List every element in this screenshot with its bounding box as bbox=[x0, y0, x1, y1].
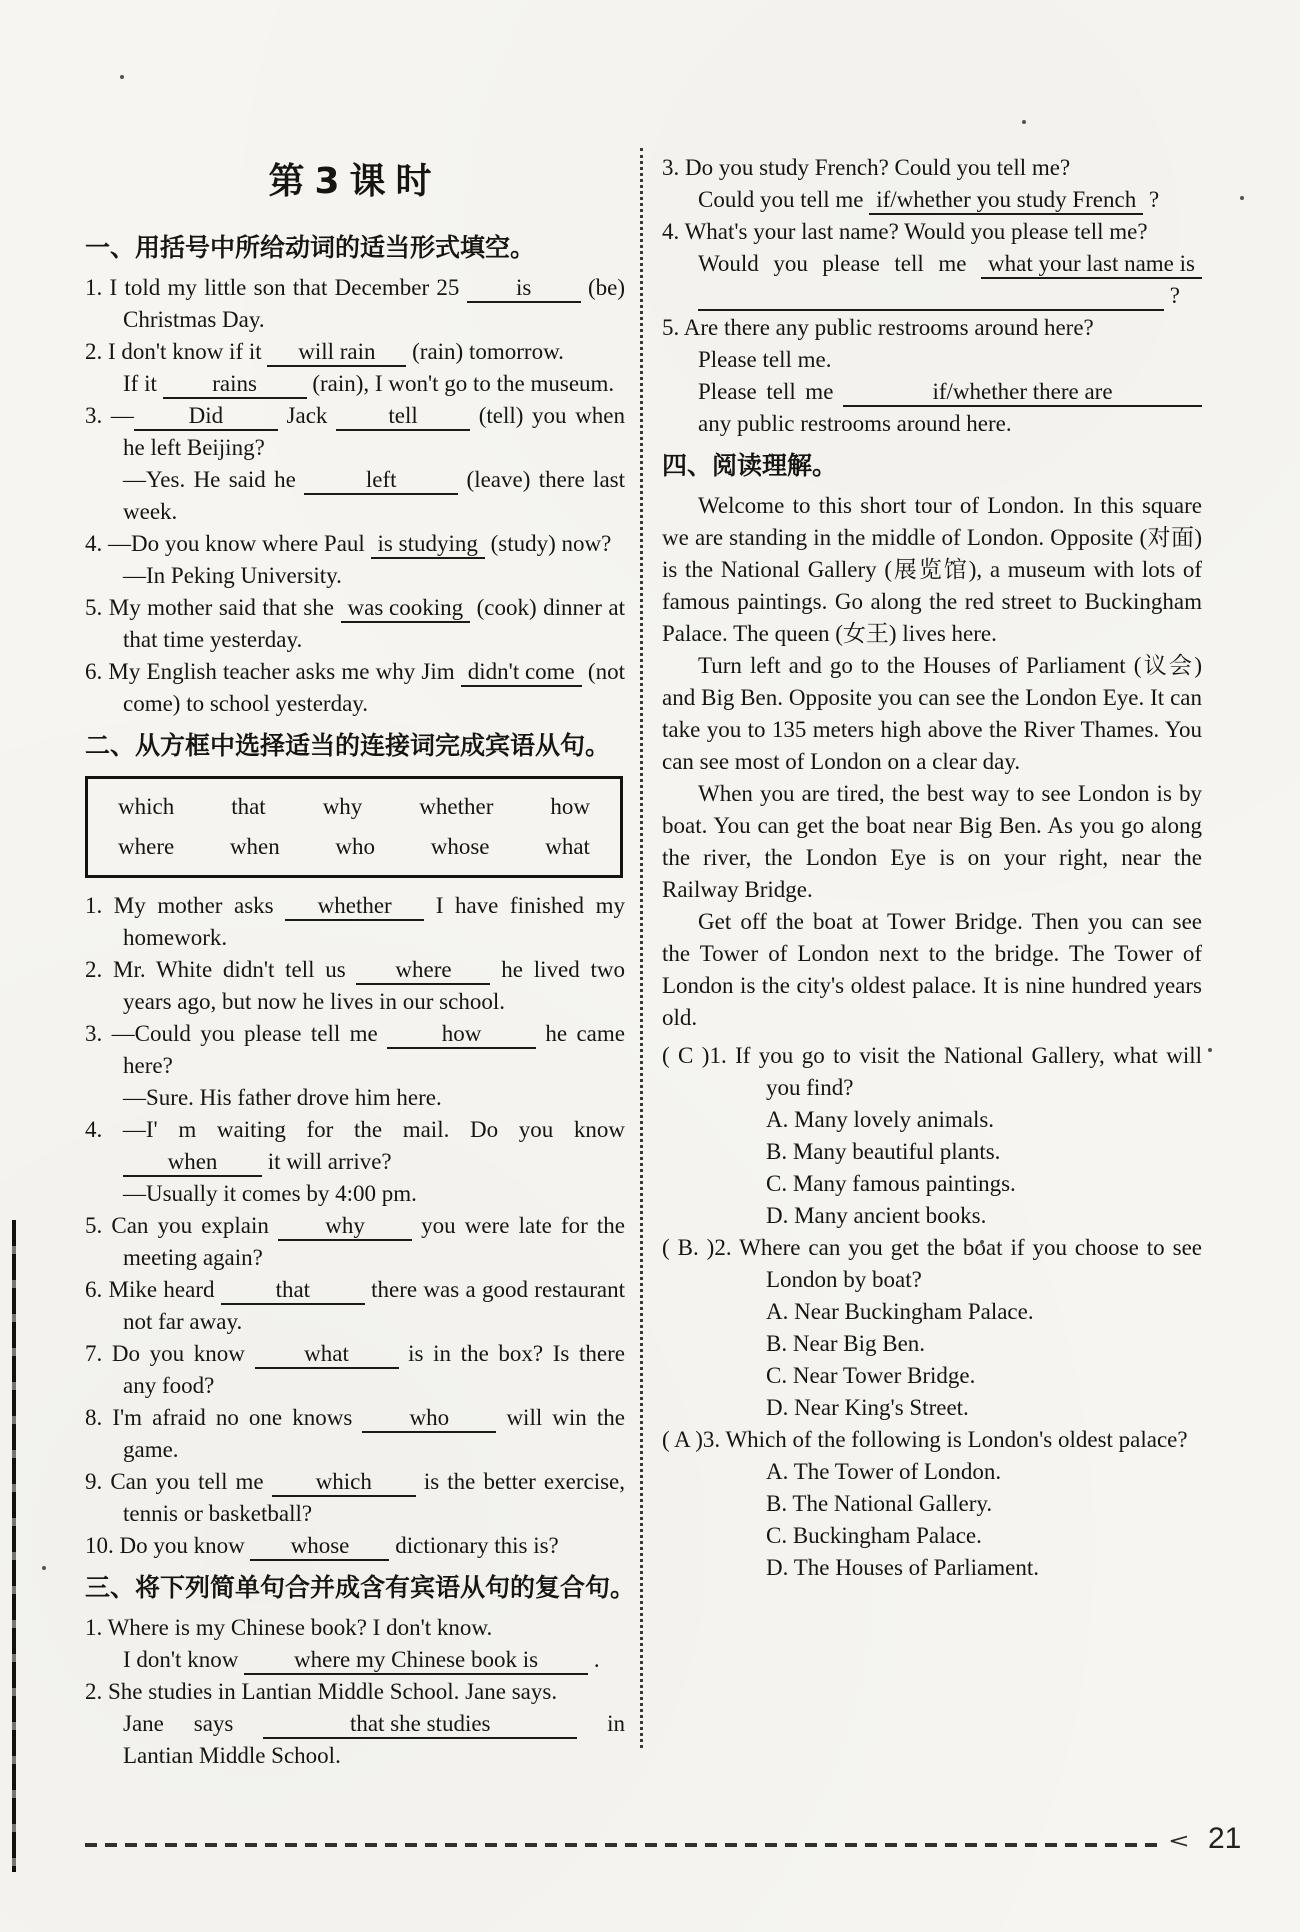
empty-blank-line bbox=[698, 283, 1164, 311]
word-box-word: why bbox=[323, 787, 363, 827]
text-run: 2. Mr. White didn't tell us bbox=[85, 957, 356, 982]
text-run: C. Many famous paintings. bbox=[766, 1171, 1016, 1196]
answer-on-blank: is studying bbox=[371, 531, 485, 559]
text-line: 10. Do you know whose dictionary this is… bbox=[85, 1530, 625, 1562]
text-run: 4. —I' m waiting for the mail. Do you kn… bbox=[85, 1117, 625, 1142]
text-run: Please tell me. bbox=[698, 347, 832, 372]
text-run: 1. Where is my Chinese book? I don't kno… bbox=[85, 1615, 492, 1640]
text-run: ? bbox=[1164, 283, 1180, 308]
answer-on-blank: rains bbox=[163, 371, 307, 399]
text-line: 4. —Do you know where Paul is studying (… bbox=[85, 528, 625, 560]
text-line: 5. My mother said that she was cooking (… bbox=[85, 592, 625, 656]
text-line: D. Near King's Street. bbox=[662, 1392, 1202, 1424]
text-run: B. Near Big Ben. bbox=[766, 1331, 925, 1356]
section-3-heading: 三、将下列简单句合并成含有宾语从句的复合句。 bbox=[85, 1568, 625, 1608]
scan-speck bbox=[980, 1240, 984, 1244]
text-line: 8. I'm afraid no one knows who will win … bbox=[85, 1402, 625, 1466]
text-run: Welcome to this short tour of London. In… bbox=[662, 493, 1202, 646]
text-line: 4. What's your last name? Would you plea… bbox=[662, 216, 1202, 248]
text-run: Please tell me bbox=[698, 379, 843, 404]
text-line: B. Near Big Ben. bbox=[662, 1328, 1202, 1360]
text-run: 6. Mike heard bbox=[85, 1277, 221, 1302]
text-run: Get off the boat at Tower Bridge. Then y… bbox=[662, 909, 1202, 1030]
text-run: 4. —Do you know where Paul bbox=[85, 531, 371, 556]
answer-on-blank: whether bbox=[285, 893, 424, 921]
section-2-exercises: 1. My mother asks whether I have finishe… bbox=[85, 890, 625, 1562]
word-box-word: whose bbox=[431, 827, 490, 867]
text-run: C. Near Tower Bridge. bbox=[766, 1363, 975, 1388]
text-run: (study) now? bbox=[485, 531, 611, 556]
text-line: —Yes. He said he left (leave) there last… bbox=[85, 464, 625, 528]
text-line: —In Peking University. bbox=[85, 560, 625, 592]
text-line: Welcome to this short tour of London. In… bbox=[662, 490, 1202, 650]
text-line: 7. Do you know what is in the box? Is th… bbox=[85, 1338, 625, 1402]
text-run: 3. — bbox=[85, 403, 134, 428]
scan-speck bbox=[42, 1566, 46, 1570]
scan-speck bbox=[120, 75, 124, 79]
text-run: 1. My mother asks bbox=[85, 893, 285, 918]
answer-on-blank: is bbox=[467, 275, 581, 303]
text-run: dictionary this is? bbox=[389, 1533, 558, 1558]
answer-on-blank: will rain bbox=[267, 339, 406, 367]
text-line: A. Near Buckingham Palace. bbox=[662, 1296, 1202, 1328]
text-run: C. Buckingham Palace. bbox=[766, 1523, 982, 1548]
answer-on-blank: was cooking bbox=[341, 595, 471, 623]
section-3-exercises-continued: 3. Do you study French? Could you tell m… bbox=[662, 152, 1202, 440]
text-run: 1. I told my little son that December 25 bbox=[85, 275, 467, 300]
text-line: A. Many lovely animals. bbox=[662, 1104, 1202, 1136]
text-line: 1. I told my little son that December 25… bbox=[85, 272, 625, 336]
text-run: 6. My English teacher asks me why Jim bbox=[85, 659, 461, 684]
text-run: it will arrive? bbox=[262, 1149, 392, 1174]
answer-on-blank: left bbox=[304, 467, 458, 495]
word-box-word: that bbox=[231, 787, 266, 827]
text-run: 4. What's your last name? Would you plea… bbox=[662, 219, 1148, 244]
text-run: A. Near Buckingham Palace. bbox=[766, 1299, 1034, 1324]
text-line: 1. My mother asks whether I have finishe… bbox=[85, 890, 625, 954]
text-line: D. The Houses of Parliament. bbox=[662, 1552, 1202, 1584]
text-line: 4. —I' m waiting for the mail. Do you kn… bbox=[85, 1114, 625, 1178]
text-line: 6. My English teacher asks me why Jim di… bbox=[85, 656, 625, 720]
answer-on-blank: that she studies bbox=[263, 1711, 577, 1739]
scan-artifact-line bbox=[12, 1220, 16, 1872]
section-4-heading: 四、阅读理解。 bbox=[662, 446, 1202, 486]
text-line: 1. Where is my Chinese book? I don't kno… bbox=[85, 1612, 625, 1644]
text-line: If it rains (rain), I won't go to the mu… bbox=[85, 368, 625, 400]
text-run: 5. Are there any public restrooms around… bbox=[662, 315, 1094, 340]
text-run: D. Many ancient books. bbox=[766, 1203, 986, 1228]
text-line: Get off the boat at Tower Bridge. Then y… bbox=[662, 906, 1202, 1034]
answer-on-blank: who bbox=[362, 1405, 496, 1433]
text-run: 9. Can you tell me bbox=[85, 1469, 272, 1494]
text-run: D. The Houses of Parliament. bbox=[766, 1555, 1039, 1580]
text-line: Would you please tell me what your last … bbox=[662, 248, 1202, 312]
left-column: 第3课时 一、用括号中所给动词的适当形式填空。 1. I told my lit… bbox=[85, 150, 625, 1772]
answer-on-blank: Did bbox=[134, 403, 278, 431]
text-run: A. Many lovely animals. bbox=[766, 1107, 994, 1132]
text-line: 3. —Could you please tell me how he came… bbox=[85, 1018, 625, 1082]
footer-dashed-rule bbox=[85, 1843, 1165, 1847]
text-run: 7. Do you know bbox=[85, 1341, 255, 1366]
text-line: 9. Can you tell me which is the better e… bbox=[85, 1466, 625, 1530]
text-line: 3. Do you study French? Could you tell m… bbox=[662, 152, 1202, 184]
text-line: When you are tired, the best way to see … bbox=[662, 778, 1202, 906]
text-run: 5. My mother said that she bbox=[85, 595, 341, 620]
text-run: Jack bbox=[278, 403, 336, 428]
text-run: —Yes. He said he bbox=[123, 467, 304, 492]
text-run: ( B. )2. Where can you get the boat if y… bbox=[662, 1235, 1202, 1292]
section-2-heading: 二、从方框中选择适当的连接词完成宾语从句。 bbox=[85, 726, 625, 766]
text-line: ( B. )2. Where can you get the boat if y… bbox=[662, 1232, 1202, 1296]
text-run: 2. She studies in Lantian Middle School.… bbox=[85, 1679, 557, 1704]
answer-on-blank: where my Chinese book is bbox=[244, 1647, 588, 1675]
text-line: —Usually it comes by 4:00 pm. bbox=[85, 1178, 625, 1210]
page-title: 第3课时 bbox=[85, 164, 625, 200]
text-line: ( C )1. If you go to visit the National … bbox=[662, 1040, 1202, 1104]
text-line: Could you tell me if/whether you study F… bbox=[662, 184, 1202, 216]
scan-speck bbox=[1022, 120, 1026, 124]
answer-on-blank: tell bbox=[336, 403, 470, 431]
text-line: Please tell me if/whether there are any … bbox=[662, 376, 1202, 440]
right-column: 3. Do you study French? Could you tell m… bbox=[662, 152, 1202, 1584]
comprehension-questions: ( C )1. If you go to visit the National … bbox=[662, 1040, 1202, 1584]
text-run: any public restrooms around here. bbox=[698, 411, 1012, 436]
column-divider-dotted-line bbox=[640, 148, 643, 1748]
text-line: C. Many famous paintings. bbox=[662, 1168, 1202, 1200]
scan-speck bbox=[1240, 196, 1244, 200]
answer-on-blank: if/whether you study French bbox=[869, 187, 1143, 215]
answer-on-blank: whose bbox=[250, 1533, 389, 1561]
word-box-word: where bbox=[118, 827, 174, 867]
answer-on-blank: what bbox=[255, 1341, 399, 1369]
text-run: B. The National Gallery. bbox=[766, 1491, 992, 1516]
text-run: I don't know bbox=[123, 1647, 244, 1672]
answer-on-blank: where bbox=[356, 957, 490, 985]
text-line: Please tell me. bbox=[662, 344, 1202, 376]
word-box-word: how bbox=[550, 787, 590, 827]
answer-on-blank: if/whether there are bbox=[843, 379, 1202, 407]
word-box-word: who bbox=[335, 827, 375, 867]
text-run: (rain) tomorrow. bbox=[406, 339, 564, 364]
word-box-word: whether bbox=[419, 787, 493, 827]
text-run: —Usually it comes by 4:00 pm. bbox=[123, 1181, 417, 1206]
text-run: 2. I don't know if it bbox=[85, 339, 267, 364]
text-run: If it bbox=[123, 371, 163, 396]
text-run: Jane says bbox=[123, 1711, 263, 1736]
reading-passage: Welcome to this short tour of London. In… bbox=[662, 490, 1202, 1034]
section-3-exercises: 1. Where is my Chinese book? I don't kno… bbox=[85, 1612, 625, 1772]
word-box-word: when bbox=[230, 827, 280, 867]
text-run: Could you tell me bbox=[698, 187, 869, 212]
text-line: 6. Mike heard that there was a good rest… bbox=[85, 1274, 625, 1338]
word-box-row: wherewhenwhowhosewhat bbox=[118, 827, 590, 867]
answer-on-blank: what your last name is bbox=[981, 251, 1202, 279]
text-line: Turn left and go to the Houses of Parlia… bbox=[662, 650, 1202, 778]
text-line: A. The Tower of London. bbox=[662, 1456, 1202, 1488]
answer-on-blank: that bbox=[221, 1277, 365, 1305]
word-box-row: whichthatwhywhetherhow bbox=[118, 787, 590, 827]
text-line: B. Many beautiful plants. bbox=[662, 1136, 1202, 1168]
text-line: C. Near Tower Bridge. bbox=[662, 1360, 1202, 1392]
text-run: . bbox=[588, 1647, 600, 1672]
word-box: whichthatwhywhetherhowwherewhenwhowhosew… bbox=[85, 776, 623, 878]
word-box-word: what bbox=[545, 827, 590, 867]
answer-on-blank: how bbox=[387, 1021, 536, 1049]
scan-speck bbox=[1208, 1048, 1212, 1052]
text-line: D. Many ancient books. bbox=[662, 1200, 1202, 1232]
section-1-exercises: 1. I told my little son that December 25… bbox=[85, 272, 625, 720]
text-run: B. Many beautiful plants. bbox=[766, 1139, 1000, 1164]
answer-on-blank: which bbox=[272, 1469, 416, 1497]
text-run: —In Peking University. bbox=[123, 563, 342, 588]
text-run: —Sure. His father drove him here. bbox=[123, 1085, 442, 1110]
text-run: When you are tired, the best way to see … bbox=[662, 781, 1202, 902]
text-run: A. The Tower of London. bbox=[766, 1459, 1001, 1484]
text-line: I don't know where my Chinese book is . bbox=[85, 1644, 625, 1676]
text-run: 3. —Could you please tell me bbox=[85, 1021, 387, 1046]
text-run: ( A )3. Which of the following is London… bbox=[662, 1427, 1188, 1452]
text-line: 3. —Did Jack tell (tell) you when he lef… bbox=[85, 400, 625, 464]
text-run: ? bbox=[1143, 187, 1159, 212]
text-line: ( A )3. Which of the following is London… bbox=[662, 1424, 1202, 1456]
text-line: C. Buckingham Palace. bbox=[662, 1520, 1202, 1552]
workbook-page: 第3课时 一、用括号中所给动词的适当形式填空。 1. I told my lit… bbox=[0, 0, 1300, 1932]
text-run: ( C )1. If you go to visit the National … bbox=[662, 1043, 1202, 1100]
footer-arrow-icon: < bbox=[1168, 1829, 1190, 1853]
text-line: 2. I don't know if it will rain (rain) t… bbox=[85, 336, 625, 368]
answer-on-blank: when bbox=[123, 1149, 262, 1177]
section-1-heading: 一、用括号中所给动词的适当形式填空。 bbox=[85, 228, 625, 268]
text-line: B. The National Gallery. bbox=[662, 1488, 1202, 1520]
text-line: 2. Mr. White didn't tell us where he liv… bbox=[85, 954, 625, 1018]
text-line: 2. She studies in Lantian Middle School.… bbox=[85, 1676, 625, 1708]
text-run: Would you please tell me bbox=[698, 251, 981, 276]
text-line: 5. Are there any public restrooms around… bbox=[662, 312, 1202, 344]
text-run: D. Near King's Street. bbox=[766, 1395, 969, 1420]
text-line: Jane says that she studies in Lantian Mi… bbox=[85, 1708, 625, 1772]
answer-on-blank: didn't come bbox=[461, 659, 582, 687]
text-line: 5. Can you explain why you were late for… bbox=[85, 1210, 625, 1274]
text-run: Turn left and go to the Houses of Parlia… bbox=[662, 653, 1202, 774]
word-box-word: which bbox=[118, 787, 174, 827]
answer-on-blank: why bbox=[278, 1213, 412, 1241]
text-run: (rain), I won't go to the museum. bbox=[307, 371, 615, 396]
text-line: —Sure. His father drove him here. bbox=[85, 1082, 625, 1114]
text-run: 10. Do you know bbox=[85, 1533, 250, 1558]
page-number: 21 bbox=[1208, 1822, 1241, 1856]
text-run: 3. Do you study French? Could you tell m… bbox=[662, 155, 1070, 180]
text-run: 5. Can you explain bbox=[85, 1213, 278, 1238]
text-run: 8. I'm afraid no one knows bbox=[85, 1405, 362, 1430]
